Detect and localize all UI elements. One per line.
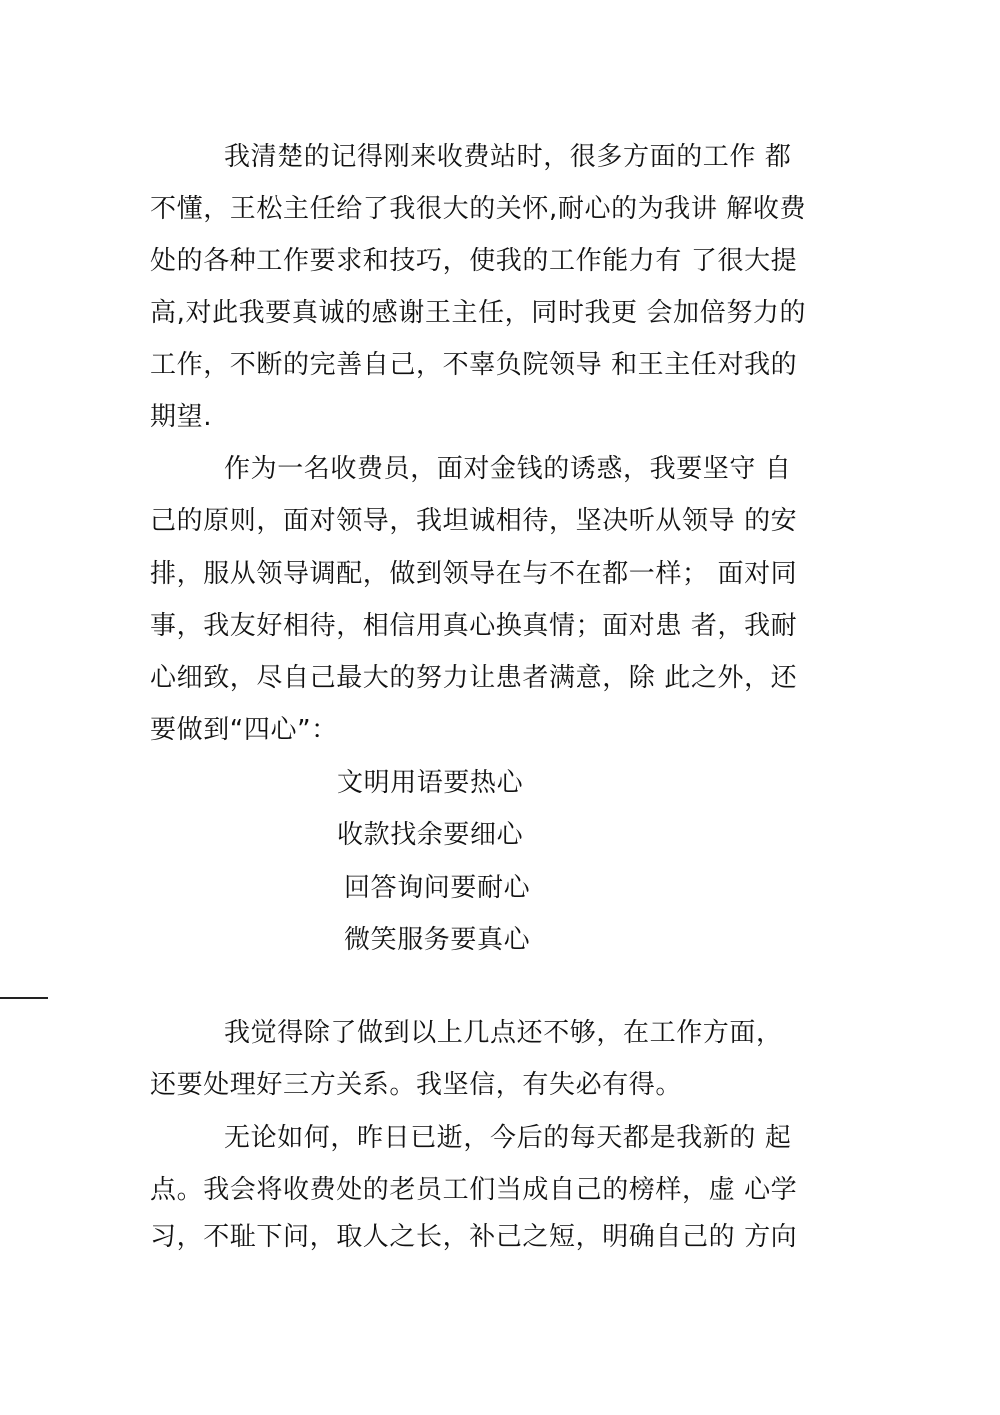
list-item: 文明用语要热心 xyxy=(337,766,523,800)
text-line: 我清楚的记得刚来收费站时，很多方面的工作 都 xyxy=(224,140,870,174)
text-line: 还要处理好三方关系。我坚信，有失必有得。 xyxy=(150,1068,870,1102)
text-line: 作为一名收费员，面对金钱的诱惑，我要坚守 自 xyxy=(224,452,870,486)
text-line: 不懂，王松主任给了我很大的关怀,耐心的为我讲 解收费 xyxy=(150,192,870,226)
text-line: 工作，不断的完善自己，不辜负院领导 和王主任对我的 xyxy=(150,348,870,382)
list-item: 回答询问要耐心 xyxy=(344,871,530,905)
text-line: 排，服从领导调配，做到领导在与不在都一样； 面对同 xyxy=(150,557,870,591)
text-line: 事，我友好相待，相信用真心换真情；面对患 者，我耐 xyxy=(150,609,870,643)
list-item: 微笑服务要真心 xyxy=(344,923,530,957)
text-line: 高,对此我要真诚的感谢王主任，同时我更 会加倍努力的 xyxy=(150,296,870,330)
document-page: 我清楚的记得刚来收费站时，很多方面的工作 都 不懂，王松主任给了我很大的关怀,耐… xyxy=(0,0,1000,1415)
text-line: 无论如何，昨日已逝，今后的每天都是我新的 起 xyxy=(224,1121,870,1155)
list-item: 收款找余要细心 xyxy=(337,818,523,852)
text-line: 心细致，尽自己最大的努力让患者满意，除 此之外，还 xyxy=(150,661,870,695)
text-line: 己的原则，面对领导，我坦诚相待，坚决听从领导 的安 xyxy=(150,504,870,538)
horizontal-rule xyxy=(0,997,48,999)
text-line: 要做到“四心”： xyxy=(150,713,870,747)
text-line: 期望. xyxy=(150,400,870,434)
text-line: 我觉得除了做到以上几点还不够，在工作方面， xyxy=(224,1016,870,1050)
text-line: 习，不耻下问，取人之长，补己之短，明确自己的 方向 xyxy=(150,1220,870,1254)
text-line: 点。我会将收费处的老员工们当成自己的榜样，虚 心学 xyxy=(150,1173,870,1207)
text-line: 处的各种工作要求和技巧，使我的工作能力有 了很大提 xyxy=(150,244,870,278)
